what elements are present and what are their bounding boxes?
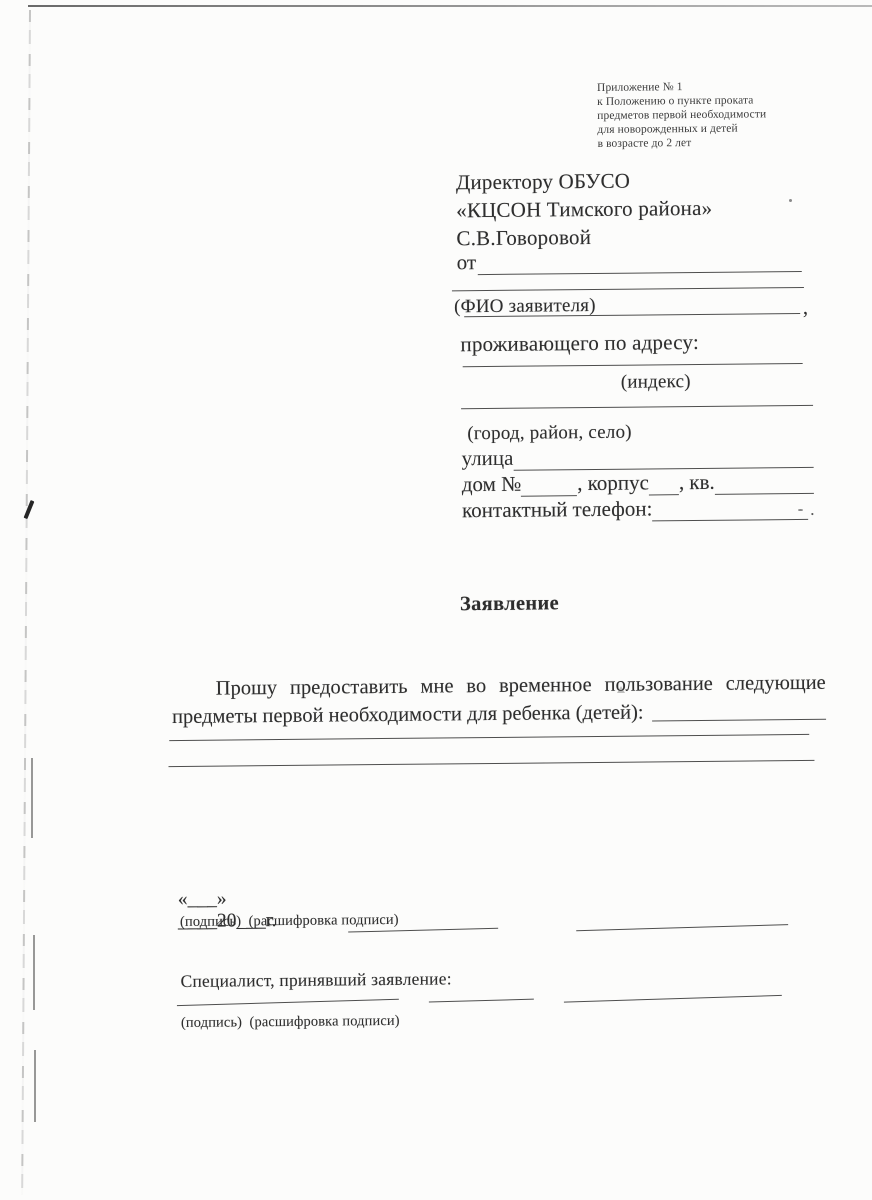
index-blank-line — [463, 363, 803, 367]
request-line2: предметы первой необходимости для ребенк… — [172, 702, 644, 730]
items-blank-line-2 — [169, 734, 809, 741]
apartment-blank-line — [715, 481, 814, 495]
name-continuation-row: , — [464, 295, 808, 317]
document-sheet: Приложение № 1 к Положению о пункте прок… — [0, 0, 872, 1200]
request-line1: Прошу предоставить мне во временное поль… — [172, 672, 826, 701]
city-caption: (город, район, село) — [467, 421, 632, 446]
addressee-director: С.В.Говоровой — [456, 225, 591, 252]
items-blank-line-3 — [168, 760, 814, 767]
specialist-blank-line-2 — [429, 987, 534, 1003]
trailing-comma: , — [803, 295, 808, 320]
addressee-org-line1: Директору ОБУСО — [456, 169, 630, 196]
city-blank-line — [461, 405, 813, 409]
house-blank-line — [521, 483, 577, 497]
street-field-row: улица — [461, 443, 813, 471]
street-label: улица — [461, 446, 513, 471]
index-caption: (индекс) — [621, 370, 691, 394]
building-label: , корпус — [577, 470, 649, 496]
from-label: от — [457, 250, 477, 275]
phone-field-row: контактный телефон: — [462, 495, 808, 523]
specialist-caption: (подпись) (расшифровка подписи) — [181, 1013, 400, 1032]
phone-label: контактный телефон: — [462, 496, 653, 523]
items-blank-line — [652, 707, 827, 722]
apartment-label: , кв. — [679, 470, 715, 495]
request-paragraph: Прошу предоставить мне во временное поль… — [172, 672, 826, 729]
appendix-line: в возрасте до 2 лет — [597, 135, 847, 151]
appendix-note: Приложение № 1 к Положению о пункте прок… — [597, 79, 848, 151]
fio-blank-line — [452, 287, 804, 291]
from-field-row: от — [457, 247, 802, 275]
residing-label: проживающего по адресу: — [460, 330, 699, 358]
addressee-org-line2: «КЦСОН Тимского района» — [456, 196, 712, 224]
document-title: Заявление — [460, 591, 559, 617]
name-blank-line — [464, 301, 800, 317]
specialist-blank-line-3 — [564, 983, 782, 1003]
house-label: дом № — [462, 472, 522, 498]
phone-trailing-dot: . — [810, 499, 815, 520]
signature-caption: (подпись) (расшифровка подписи) — [180, 912, 399, 931]
building-blank-line — [649, 482, 679, 495]
scanned-page: Приложение № 1 к Положению о пункте прок… — [0, 0, 872, 1200]
signature-name-blank-line — [576, 912, 788, 931]
phone-blank-line — [652, 507, 808, 521]
request-line2-row: предметы первой необходимости для ребенк… — [172, 700, 826, 729]
house-field-row: дом № , корпус , кв. — [462, 469, 814, 497]
from-blank-line — [478, 259, 802, 275]
